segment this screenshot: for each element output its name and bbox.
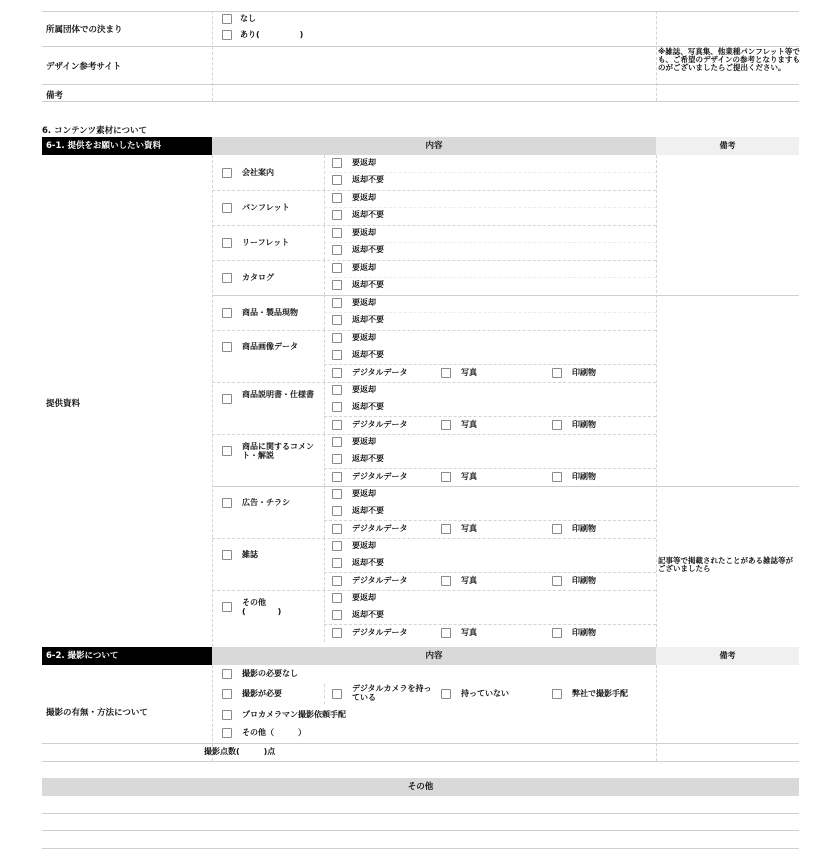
option-format: 印刷物 [572,576,596,586]
other-line [42,813,799,814]
divider [324,520,656,521]
option-return-not-required: 返却不要 [352,402,384,412]
option-format: デジタルデータ [352,368,408,378]
checkbox-material-item[interactable] [222,602,232,612]
magazine-note: 記事等で掲載されたことがある雑誌等がございましたら [658,557,800,573]
divider [324,364,656,365]
checkbox-return-not-required[interactable] [332,280,342,290]
divider [324,416,656,417]
divider [212,225,656,226]
checkbox-has-camera[interactable] [332,689,342,699]
option-return-required: 要返却 [352,593,376,603]
option-format: 写真 [461,420,477,430]
material-item-label: 広告・チラシ [242,498,320,507]
divider [324,242,656,243]
option-return-not-required: 返却不要 [352,280,384,290]
divider [212,434,656,435]
divider [324,172,656,173]
option-format: デジタルデータ [352,628,408,638]
divider [324,207,656,208]
checkbox-no-camera[interactable] [441,689,451,699]
checkbox-return-not-required[interactable] [332,350,342,360]
divider [324,434,325,486]
checkbox-material-item[interactable] [222,342,232,352]
option-has-camera: デジタルカメラを持っている [352,684,437,702]
note-header-2: 備考 [656,647,799,665]
checkbox-return-required[interactable] [332,593,342,603]
material-item-label: 商品説明書・仕様書 [242,390,320,399]
other-line [42,848,799,849]
material-item-label: 会社案内 [242,168,320,177]
material-item-label: カタログ [242,273,320,282]
note-header: 備考 [656,137,799,155]
option-format: デジタルデータ [352,472,408,482]
divider [42,101,799,102]
checkbox-material-item[interactable] [222,203,232,213]
option-return-required: 要返却 [352,385,376,395]
option-format: 印刷物 [572,628,596,638]
checkbox-return-required[interactable] [332,385,342,395]
checkbox-return-not-required[interactable] [332,210,342,220]
checkbox-format-2[interactable] [552,524,562,534]
checkbox-return-required[interactable] [332,489,342,499]
label-affiliation-rules: 所属団体での決まり [46,23,123,35]
divider [324,382,325,434]
option-return-required: 要返却 [352,541,376,551]
material-item-label: その他 ( ) [242,598,320,616]
divider [324,468,656,469]
option-format: 印刷物 [572,368,596,378]
checkbox-material-item[interactable] [222,446,232,456]
option-format: デジタルデータ [352,420,408,430]
divider [656,11,657,101]
divider [212,382,656,383]
checkbox-yes[interactable] [222,30,232,40]
option-photo-needed: 撮影が必要 [242,689,282,699]
subsection-6-1-title: 6-1. 提供をお願いしたい資料 [42,137,212,155]
checkbox-format-0[interactable] [332,524,342,534]
option-return-required: 要返却 [352,333,376,343]
checkbox-return-not-required[interactable] [332,506,342,516]
section-title: 6. コンテンツ素材について [42,124,147,136]
option-return-not-required: 返却不要 [352,558,384,568]
option-format: 印刷物 [572,420,596,430]
option-return-required: 要返却 [352,489,376,499]
checkbox-format-1[interactable] [441,628,451,638]
checkbox-photo-needed[interactable] [222,689,232,699]
checkbox-none[interactable] [222,14,232,24]
photo-count: 撮影点数( )点 [204,747,275,757]
option-return-not-required: 返却不要 [352,454,384,464]
option-return-required: 要返却 [352,298,376,308]
divider [42,743,799,744]
checkbox-return-not-required[interactable] [332,558,342,568]
option-return-not-required: 返却不要 [352,610,384,620]
checkbox-format-2[interactable] [552,368,562,378]
option-no-photo: 撮影の必要なし [242,669,298,679]
checkbox-return-not-required[interactable] [332,454,342,464]
material-item-label: 雑誌 [242,550,320,559]
option-format: 写真 [461,628,477,638]
option-format: デジタルデータ [352,524,408,534]
checkbox-return-not-required[interactable] [332,610,342,620]
checkbox-return-required[interactable] [332,541,342,551]
divider [212,11,213,101]
divider [324,312,656,313]
option-return-required: 要返却 [352,228,376,238]
divider [324,684,325,704]
option-return-required: 要返却 [352,437,376,447]
divider [212,538,656,539]
option-return-required: 要返却 [352,263,376,273]
divider [212,295,799,296]
checkbox-material-item[interactable] [222,308,232,318]
checkbox-material-item[interactable] [222,168,232,178]
option-return-not-required: 返却不要 [352,245,384,255]
checkbox-return-required[interactable] [332,437,342,447]
checkbox-return-not-required[interactable] [332,402,342,412]
option-format: 写真 [461,472,477,482]
checkbox-material-item[interactable] [222,550,232,560]
option-format: 写真 [461,368,477,378]
other-line [42,830,799,831]
divider [212,486,799,487]
checkbox-return-required[interactable] [332,158,342,168]
checkbox-format-2[interactable] [552,628,562,638]
checkbox-material-item[interactable] [222,394,232,404]
divider [324,486,325,538]
option-pro-photographer: プロカメラマン撮影依頼手配 [242,710,346,720]
checkbox-return-not-required[interactable] [332,175,342,185]
checkbox-photo-other[interactable] [222,728,232,738]
option-return-not-required: 返却不要 [352,506,384,516]
divider [656,665,657,761]
option-company-arranges: 弊社で撮影手配 [572,689,628,699]
divider [324,277,656,278]
checkbox-return-required[interactable] [332,263,342,273]
checkbox-material-item[interactable] [222,498,232,508]
checkbox-format-1[interactable] [441,368,451,378]
material-item-label: 商品に関するコメント・解説 [242,442,320,460]
checkbox-format-0[interactable] [332,420,342,430]
checkbox-return-required[interactable] [332,298,342,308]
checkbox-return-required[interactable] [332,333,342,343]
option-return-required: 要返却 [352,158,376,168]
material-item-label: パンフレット [242,203,320,212]
design-reference-note: ※雑誌、写真集、他業種パンフレット等でも、ご希望のデザインの参考となりますものが… [658,48,800,72]
divider [42,11,799,12]
checkbox-format-0[interactable] [332,368,342,378]
checkbox-no-photo[interactable] [222,669,232,679]
content-header: 内容 [212,137,656,155]
checkbox-format-2[interactable] [552,576,562,586]
option-return-not-required: 返却不要 [352,210,384,220]
checkbox-return-required[interactable] [332,228,342,238]
divider [324,538,325,590]
divider [324,572,656,573]
divider [324,624,656,625]
option-format: 印刷物 [572,524,596,534]
option-format: デジタルデータ [352,576,408,586]
option-no-camera: 持っていない [461,689,509,699]
checkbox-return-not-required[interactable] [332,315,342,325]
material-item-label: 商品・製品現物 [242,308,320,317]
label-photo-method: 撮影の有無・方法について [46,706,148,718]
subsection-6-2-title: 6-2. 撮影について [42,647,212,665]
option-none: なし [240,14,256,24]
option-photo-other: その他（ ） [242,728,306,738]
checkbox-format-2[interactable] [552,420,562,430]
option-return-required: 要返却 [352,193,376,203]
checkbox-format-2[interactable] [552,472,562,482]
checkbox-format-0[interactable] [332,576,342,586]
option-format: 写真 [461,576,477,586]
checkbox-pro-photographer[interactable] [222,710,232,720]
checkbox-format-0[interactable] [332,472,342,482]
material-item-label: 商品画像データ [242,342,320,351]
checkbox-return-required[interactable] [332,193,342,203]
checkbox-format-0[interactable] [332,628,342,638]
option-yes: あり( ) [240,30,303,40]
divider [324,330,325,382]
checkbox-material-item[interactable] [222,273,232,283]
checkbox-company-arranges[interactable] [552,689,562,699]
option-return-not-required: 返却不要 [352,315,384,325]
divider [656,155,657,647]
option-return-not-required: 返却不要 [352,175,384,185]
label-provided-materials: 提供資料 [46,397,80,409]
checkbox-format-1[interactable] [441,576,451,586]
divider [324,590,325,642]
option-format: 印刷物 [572,472,596,482]
content-header-2: 内容 [212,647,656,665]
checkbox-format-1[interactable] [441,420,451,430]
divider [212,590,656,591]
other-header: その他 [42,778,799,796]
option-return-not-required: 返却不要 [352,350,384,360]
checkbox-format-1[interactable] [441,472,451,482]
label-remarks: 備考 [46,89,63,101]
divider [42,84,799,85]
divider [212,260,656,261]
checkbox-return-not-required[interactable] [332,245,342,255]
divider [212,190,656,191]
label-design-reference: デザイン参考サイト [46,60,121,72]
option-format: 写真 [461,524,477,534]
divider [42,761,799,762]
checkbox-format-1[interactable] [441,524,451,534]
divider [212,155,213,647]
divider [212,330,656,331]
material-item-label: リーフレット [242,238,320,247]
checkbox-material-item[interactable] [222,238,232,248]
